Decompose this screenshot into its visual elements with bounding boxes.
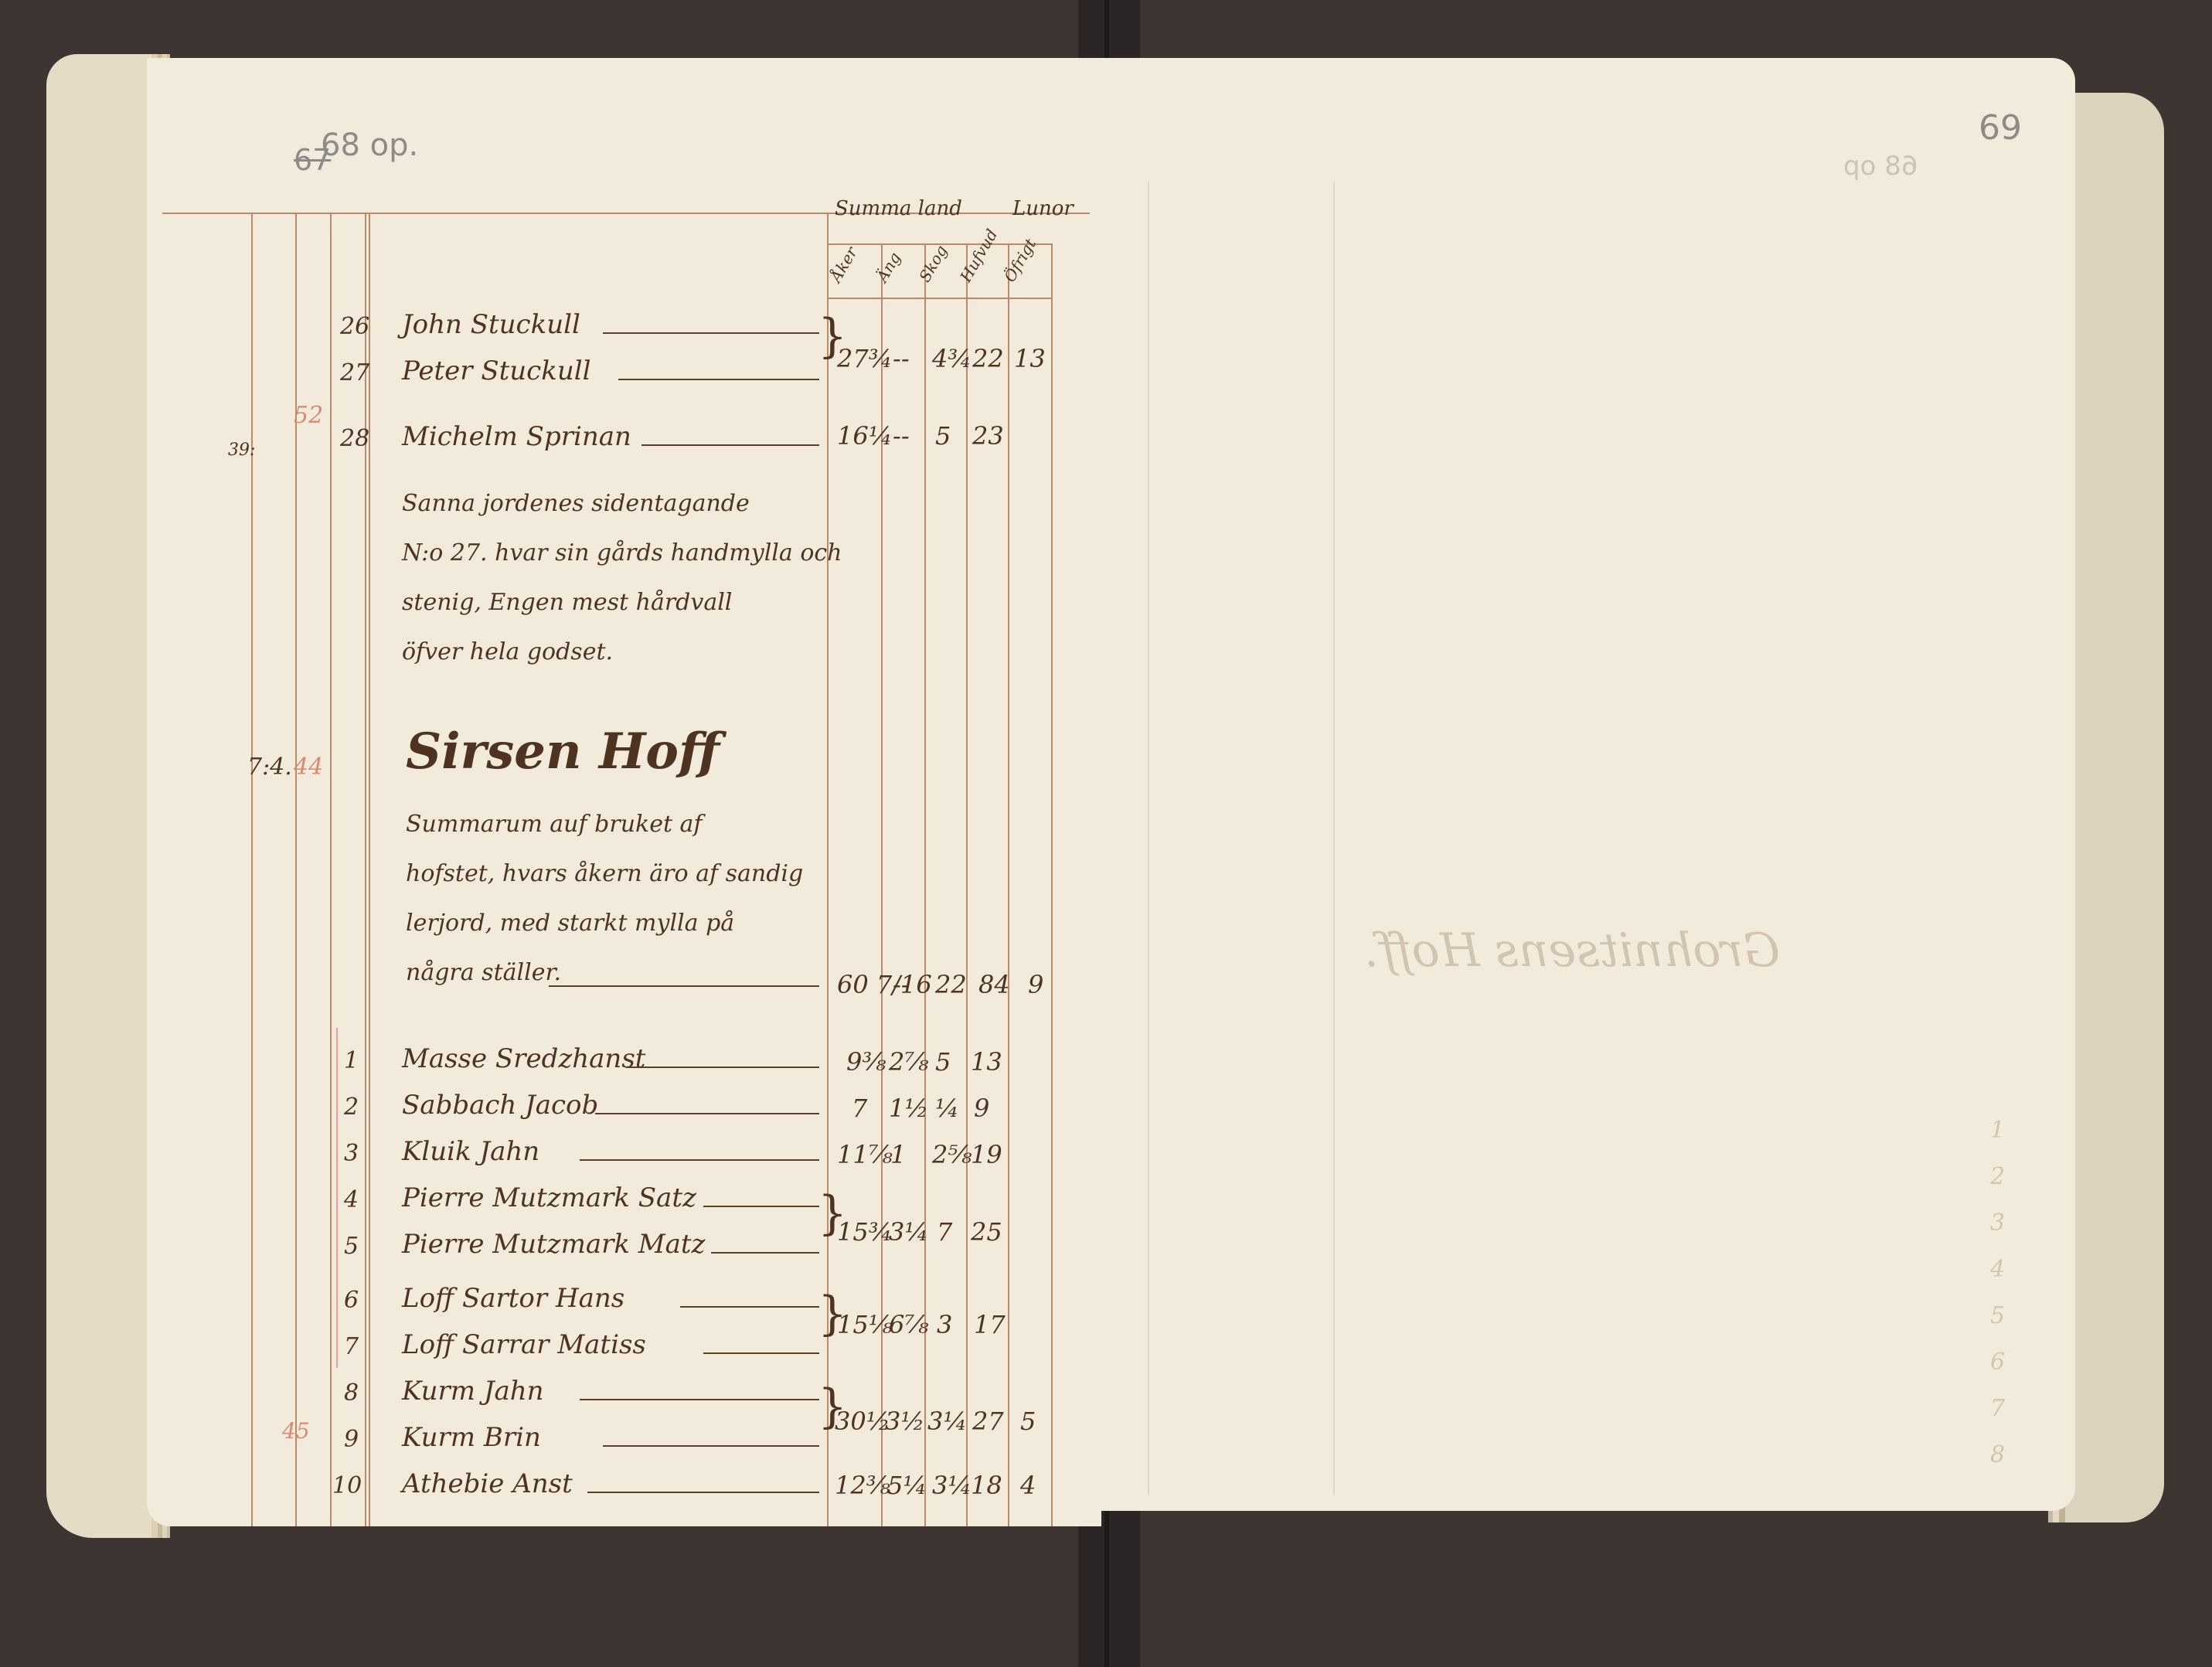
- left-page: 67 68 op. Summa land Lunor Åker Äng Skog…: [147, 58, 1101, 1526]
- column-rule: [1051, 243, 1053, 1526]
- column-rule: [365, 213, 366, 1526]
- right-page: 69 68 op Grohnitsens Hoff. 1 2 3 4 5 6 7…: [1101, 58, 2075, 1511]
- entry-name: Michelm Sprinan: [402, 421, 631, 452]
- faint-rule: [1148, 182, 1149, 1495]
- entry-name: John Stuckull: [402, 309, 580, 340]
- bleed-through-title: Grohnitsens Hoff.: [1364, 924, 1780, 978]
- header-summa-land: Summa land: [835, 197, 962, 220]
- column-rule: [369, 213, 370, 1526]
- entry-name: Peter Stuckull: [402, 356, 590, 386]
- subheader: Skog: [915, 242, 951, 285]
- column-rule: [1008, 243, 1009, 1526]
- column-rule: [966, 243, 968, 1526]
- subheader: Åker: [826, 243, 861, 285]
- red-margin-bracket: [336, 1028, 338, 1368]
- pencil-folio: 69: [1979, 108, 2022, 148]
- column-rule: [330, 213, 332, 1526]
- column-rule: [251, 213, 253, 1526]
- faint-rule: [1333, 182, 1335, 1495]
- subheader: Äng: [873, 249, 904, 285]
- bleed-folio: 68 op: [1843, 151, 1918, 182]
- header-lunor: Lunor: [1012, 197, 1074, 220]
- header-rule: [827, 298, 1051, 299]
- pencil-folio: 68 op.: [321, 128, 418, 163]
- farm-title: Sirsen Hoff: [406, 723, 720, 781]
- subheader: Hufvud: [956, 226, 1001, 285]
